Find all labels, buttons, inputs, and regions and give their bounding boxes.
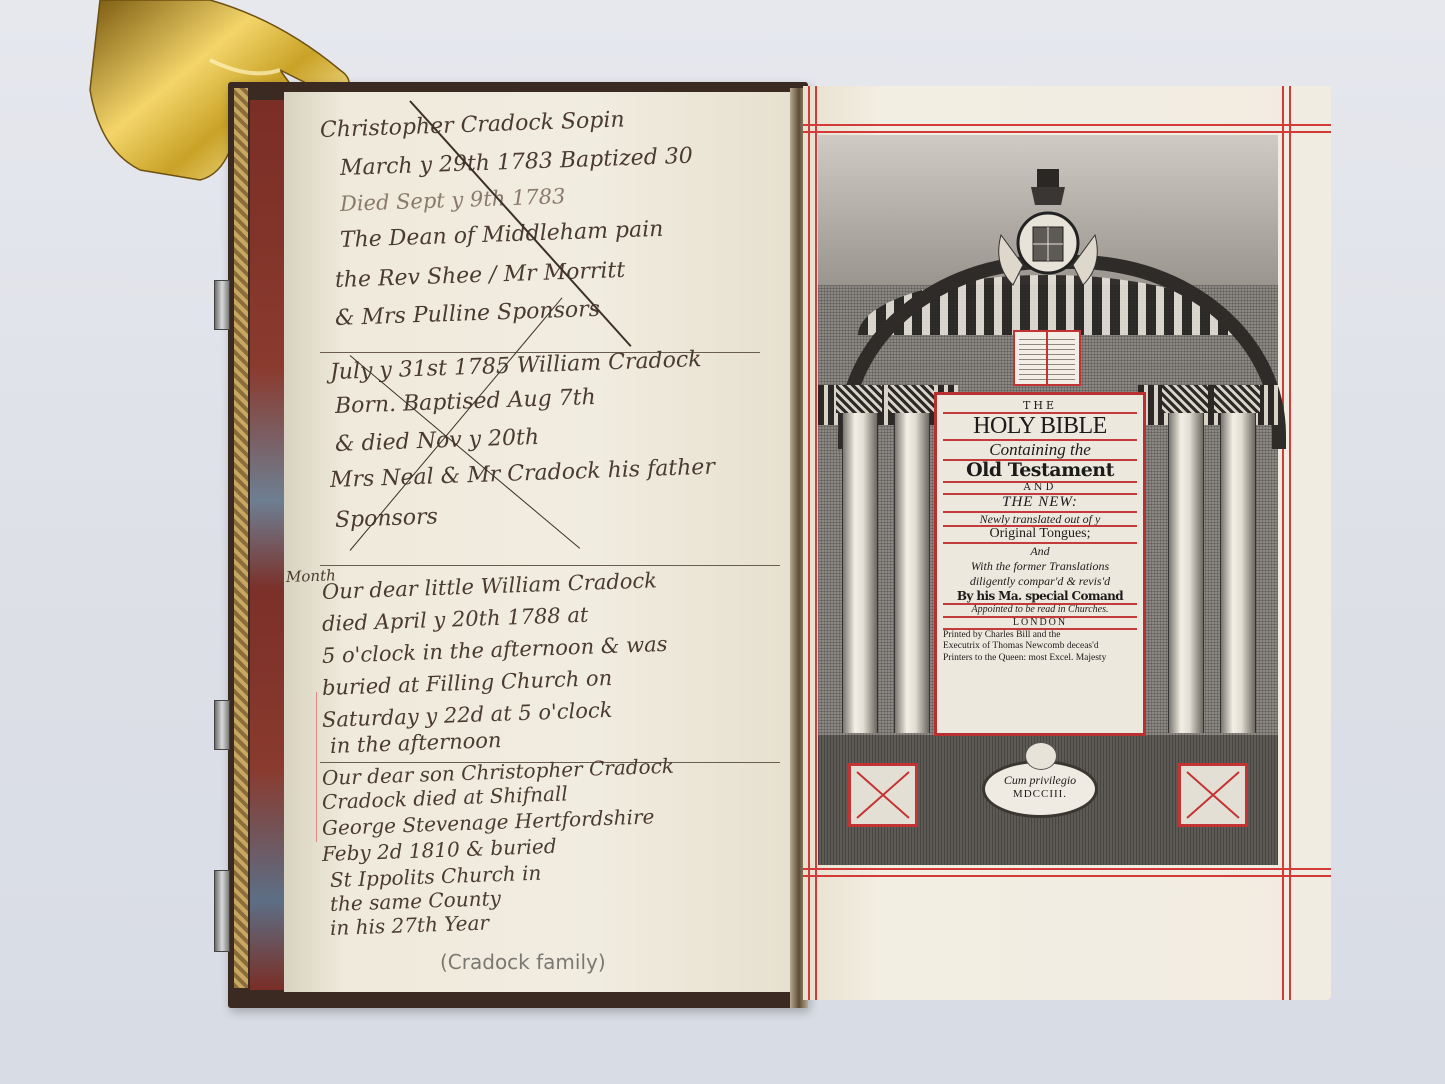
red-border-rule — [1282, 86, 1284, 1000]
imprint-year: MDCCIII. — [985, 788, 1095, 800]
privilege-cartouche: Cum privilegio MDCCIII. — [960, 748, 1120, 828]
red-border-rule — [803, 131, 1331, 133]
title-containing: Containing the — [943, 441, 1137, 461]
red-border-rule — [1289, 86, 1291, 1000]
cover-tooled-edge — [234, 88, 248, 988]
column — [1168, 413, 1204, 733]
title-appointed: Appointed to be read in Churches. — [943, 605, 1137, 618]
red-x-panel — [848, 763, 918, 827]
column-capital — [1162, 385, 1208, 413]
title-newly-translated: Newly translated out of y — [943, 513, 1137, 528]
red-x-panel — [1178, 763, 1248, 827]
royal-coat-of-arms — [993, 165, 1103, 295]
pencil-note: (Cradock family) — [440, 950, 606, 974]
metal-clasp — [214, 700, 230, 750]
metal-clasp — [214, 280, 230, 330]
title-diligently: diligently compar'd & revis'd — [943, 574, 1137, 589]
title-old-testament: Old Testament — [943, 461, 1137, 483]
marbled-endpaper — [250, 100, 286, 990]
open-book-emblem — [1013, 330, 1081, 386]
red-border-rule — [803, 868, 1331, 870]
ruled-line — [320, 565, 780, 566]
title-the: THE — [943, 398, 1137, 414]
red-border-rule — [803, 124, 1331, 126]
title-the-new: THE NEW: — [943, 495, 1137, 513]
red-border-rule — [815, 86, 817, 1000]
title-and-2: And — [943, 544, 1137, 559]
metal-corner — [214, 870, 230, 952]
column-capital — [836, 385, 882, 413]
title-london: LONDON — [943, 618, 1137, 631]
red-border-rule — [803, 875, 1331, 877]
column — [1220, 413, 1256, 733]
red-margin-rule — [316, 692, 317, 842]
cum-privilegio: Cum privilegio — [985, 773, 1095, 788]
title-former-translations: With the former Translations — [943, 559, 1137, 574]
title-revision-group: And With the former Translations diligen… — [943, 544, 1137, 605]
title-panel: THE HOLY BIBLE Containing the Old Testam… — [934, 392, 1146, 736]
title-printer-2: Executrix of Thomas Newcomb deceas'd — [943, 641, 1137, 652]
title-and: AND — [943, 483, 1137, 496]
red-border-rule — [808, 86, 810, 1000]
title-original-tongues: Original Tongues; — [943, 527, 1137, 544]
column-capital — [888, 385, 934, 413]
title-printer-3: Printers to the Queen: most Excel. Majes… — [943, 653, 1137, 664]
column — [842, 413, 878, 733]
handwritten-entry: Sponsors — [335, 504, 439, 533]
title-printer-1: Printed by Charles Bill and the — [943, 630, 1137, 641]
column-capital — [1214, 385, 1260, 413]
column — [894, 413, 930, 733]
cherub-head — [1025, 742, 1057, 770]
title-by-command: By his Ma. special Comand — [943, 589, 1137, 603]
title-holy-bible: HOLY BIBLE — [943, 414, 1137, 441]
